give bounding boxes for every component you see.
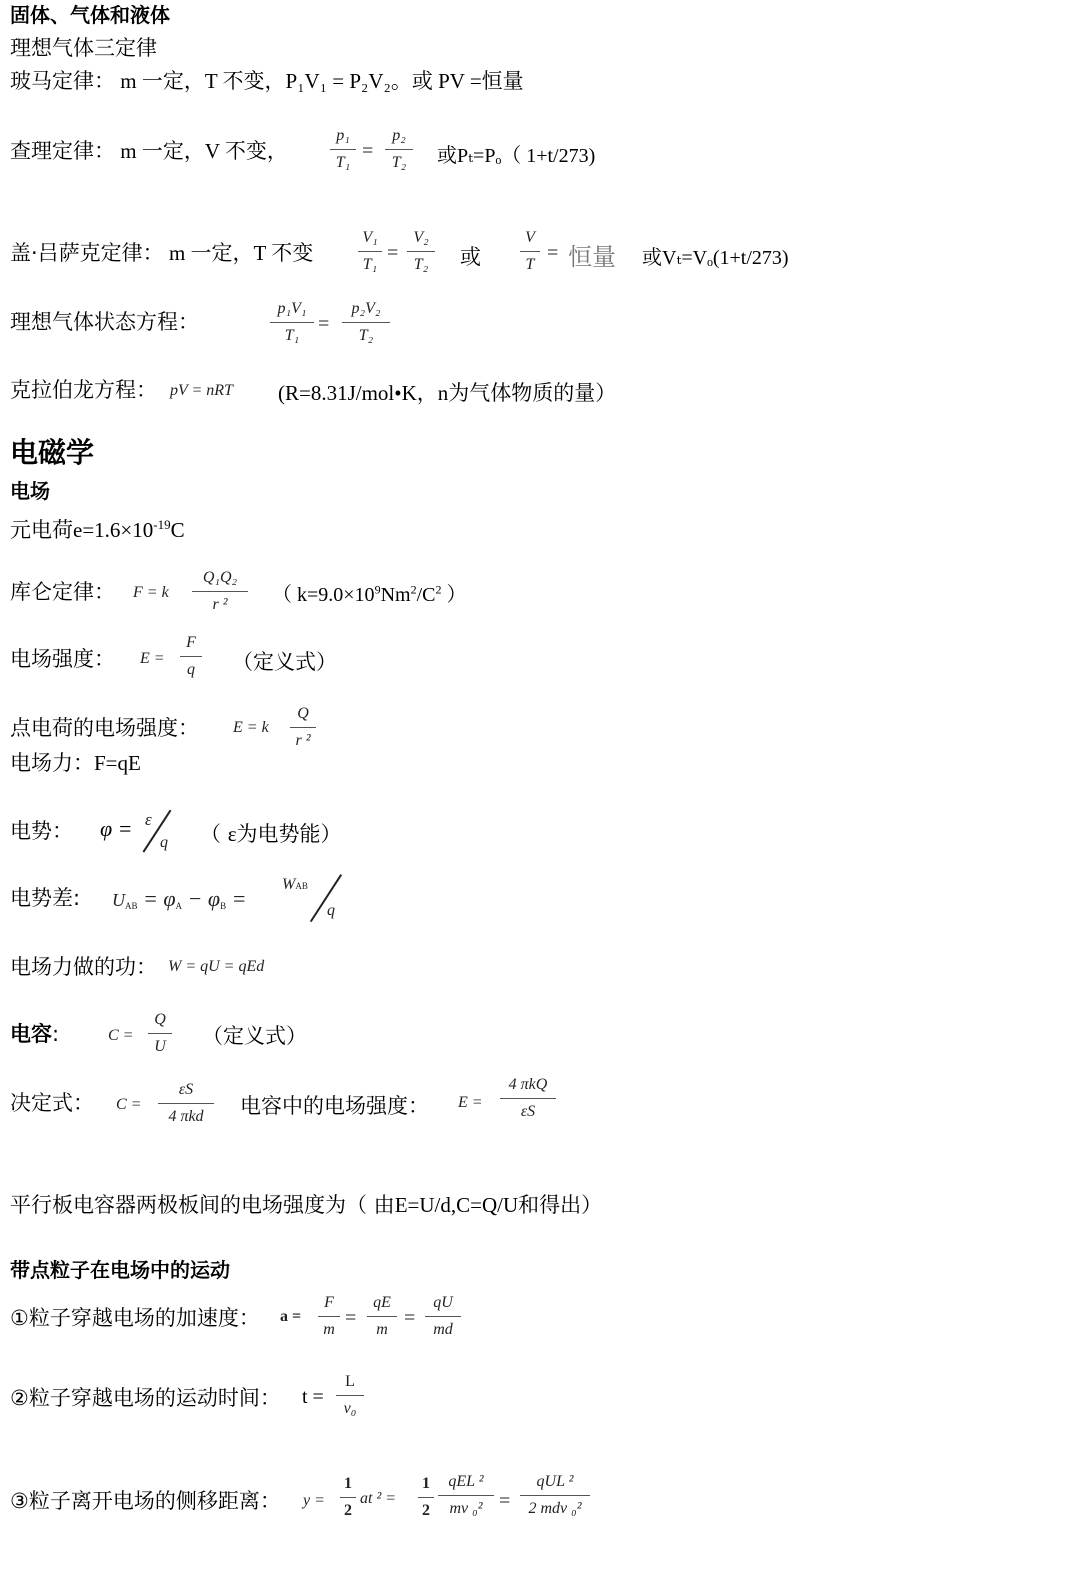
deflect-frac-1: 12	[340, 1474, 356, 1521]
potential-note: （ ε为电势能）	[200, 818, 342, 848]
capacitor-field-lhs: E =	[458, 1094, 483, 1112]
potential-num: ε	[145, 810, 152, 830]
potential-lhs: φ =	[100, 816, 133, 842]
clapeyron-note: (R=8.31J/mol•K，n为气体物质的量）	[278, 377, 616, 407]
state-eq-label: 理想气体状态方程：	[10, 309, 199, 335]
accel-frac-3: qUmd	[425, 1293, 461, 1340]
boyle-law: 玻马定律： m 一定，T 不变，P₁V₁ = P₂V₂。或 PV =恒量	[10, 68, 524, 94]
gaylussac-const: 恒量	[568, 237, 616, 272]
point-field-label: 点电荷的电场强度：	[10, 715, 199, 741]
coulomb-label: 库仑定律：	[10, 579, 115, 605]
deflect-frac-3: qEL ²mv ₀²	[438, 1472, 494, 1519]
field-strength-label: 电场强度：	[10, 646, 115, 672]
field-note: （定义式）	[232, 646, 337, 676]
capacitance-label: 电容:	[10, 1021, 59, 1047]
deflect-lhs: y =	[303, 1492, 325, 1510]
clapeyron-line: 克拉伯龙方程：	[10, 377, 157, 403]
clapeyron-label: 克拉伯龙方程：	[10, 378, 157, 402]
equals: =	[387, 242, 398, 265]
accel-frac-2: qEm	[367, 1293, 397, 1340]
determinant-frac: εS4 πkd	[158, 1080, 214, 1127]
charles-label-line: 查理定律： m 一定，V 不变，	[10, 138, 288, 164]
gaylussac-label: 盖·吕萨克定律：	[10, 241, 164, 265]
deflect-label: ③粒子离开电场的侧移距离：	[10, 1488, 281, 1514]
equals: =	[547, 242, 558, 265]
equals: =	[345, 1307, 356, 1330]
deflect-frac-4: qUL ²2 mdv ₀²	[520, 1472, 590, 1519]
determinant-lhs: C =	[116, 1096, 141, 1114]
point-field-frac: Qr ²	[290, 704, 316, 751]
charles-frac-1: p₁T₁	[330, 126, 356, 173]
gaylussac-alt: 或Vₜ=Vₒ(1+t/273)	[642, 241, 789, 270]
charles-alt: 或Pₜ=Pₒ（ 1+t/273)	[437, 139, 595, 168]
potential-den: q	[160, 834, 168, 852]
boyle-label: 玻马定律：	[10, 69, 115, 93]
gaylussac-or: 或	[460, 241, 481, 271]
capacitor-field-label: 电容中的电场强度：	[240, 1090, 429, 1120]
gaylussac-frac-2: V₂T₂	[407, 228, 435, 275]
capacitance-lhs: C =	[108, 1027, 133, 1045]
capacitance-frac: QU	[148, 1010, 172, 1057]
pot-diff-formula: UAB = φA − φB =	[112, 886, 246, 912]
capacitor-field-frac: 4 πkQεS	[500, 1075, 556, 1122]
pot-diff-label: 电势差:	[10, 885, 80, 911]
equals: =	[318, 313, 329, 336]
clapeyron-formula: pV = nRT	[170, 382, 233, 400]
charles-frac-2: p₂T₂	[385, 126, 413, 173]
parallel-plate-text: 平行板电容器两极板间的电场强度为（ 由E=U/d,C=Q/U和得出）	[10, 1192, 602, 1218]
capacitance-note: （定义式）	[202, 1020, 307, 1050]
pot-diff-den: q	[327, 902, 335, 920]
coulomb-constant-note: （ k=9.0×109Nm2/C2 ）	[272, 578, 466, 607]
gaylussac-frac-1: V₁T₁	[358, 228, 382, 275]
fraction-slash	[310, 874, 342, 922]
charles-label: 查理定律：	[10, 139, 115, 163]
potential-label: 电势：	[10, 818, 73, 844]
subtitle-electric-field: 电场	[10, 478, 50, 504]
gaylussac-frac-3: VT	[520, 228, 540, 275]
state-eq-frac-2: p₂V₂T₂	[342, 299, 390, 346]
equals: =	[499, 1490, 510, 1513]
equals: =	[362, 140, 373, 163]
charles-cond: m 一定，V 不变，	[115, 139, 288, 163]
work-label: 电场力做的功：	[10, 954, 157, 980]
coulomb-frac: Q₁Q₂r ²	[192, 568, 248, 615]
accel-lhs: a =	[280, 1308, 301, 1326]
particle-motion-title: 带点粒子在电场中的运动	[10, 1257, 230, 1283]
electric-force: 电场力：F=qE	[10, 750, 141, 776]
section-title-gas: 固体、气体和液体	[10, 2, 170, 28]
state-eq-frac-1: p₁V₁T₁	[270, 299, 314, 346]
section-title-em: 电磁学	[10, 436, 94, 470]
coulomb-lhs: F = k	[133, 584, 169, 602]
equals: =	[404, 1307, 415, 1330]
accel-frac-1: Fm	[318, 1293, 340, 1340]
boyle-text: m 一定，T 不变，P₁V₁ = P₂V₂。或 PV =恒量	[115, 69, 524, 93]
time-label: ②粒子穿越电场的运动时间：	[10, 1385, 281, 1411]
deflect-frac-2: 12	[418, 1474, 434, 1521]
pot-diff-num: WAB	[282, 876, 308, 894]
deflect-mid: at ² =	[360, 1490, 396, 1508]
gaylussac-label-line: 盖·吕萨克定律： m 一定，T 不变	[10, 240, 313, 266]
gaylussac-cond: m 一定，T 不变	[164, 241, 314, 265]
field-lhs: E =	[140, 650, 165, 668]
field-frac: Fq	[180, 633, 202, 680]
work-formula: W = qU = qEd	[168, 958, 264, 976]
point-field-lhs: E = k	[233, 719, 269, 737]
time-lhs: t =	[302, 1386, 324, 1409]
subtitle-gas-laws: 理想气体三定律	[10, 35, 157, 61]
determinant-label: 决定式：	[10, 1090, 94, 1116]
elementary-charge: 元电荷e=1.6×10-19C	[10, 512, 185, 543]
time-frac: Lv₀	[336, 1372, 364, 1419]
accel-label: ①粒子穿越电场的加速度：	[10, 1305, 260, 1331]
